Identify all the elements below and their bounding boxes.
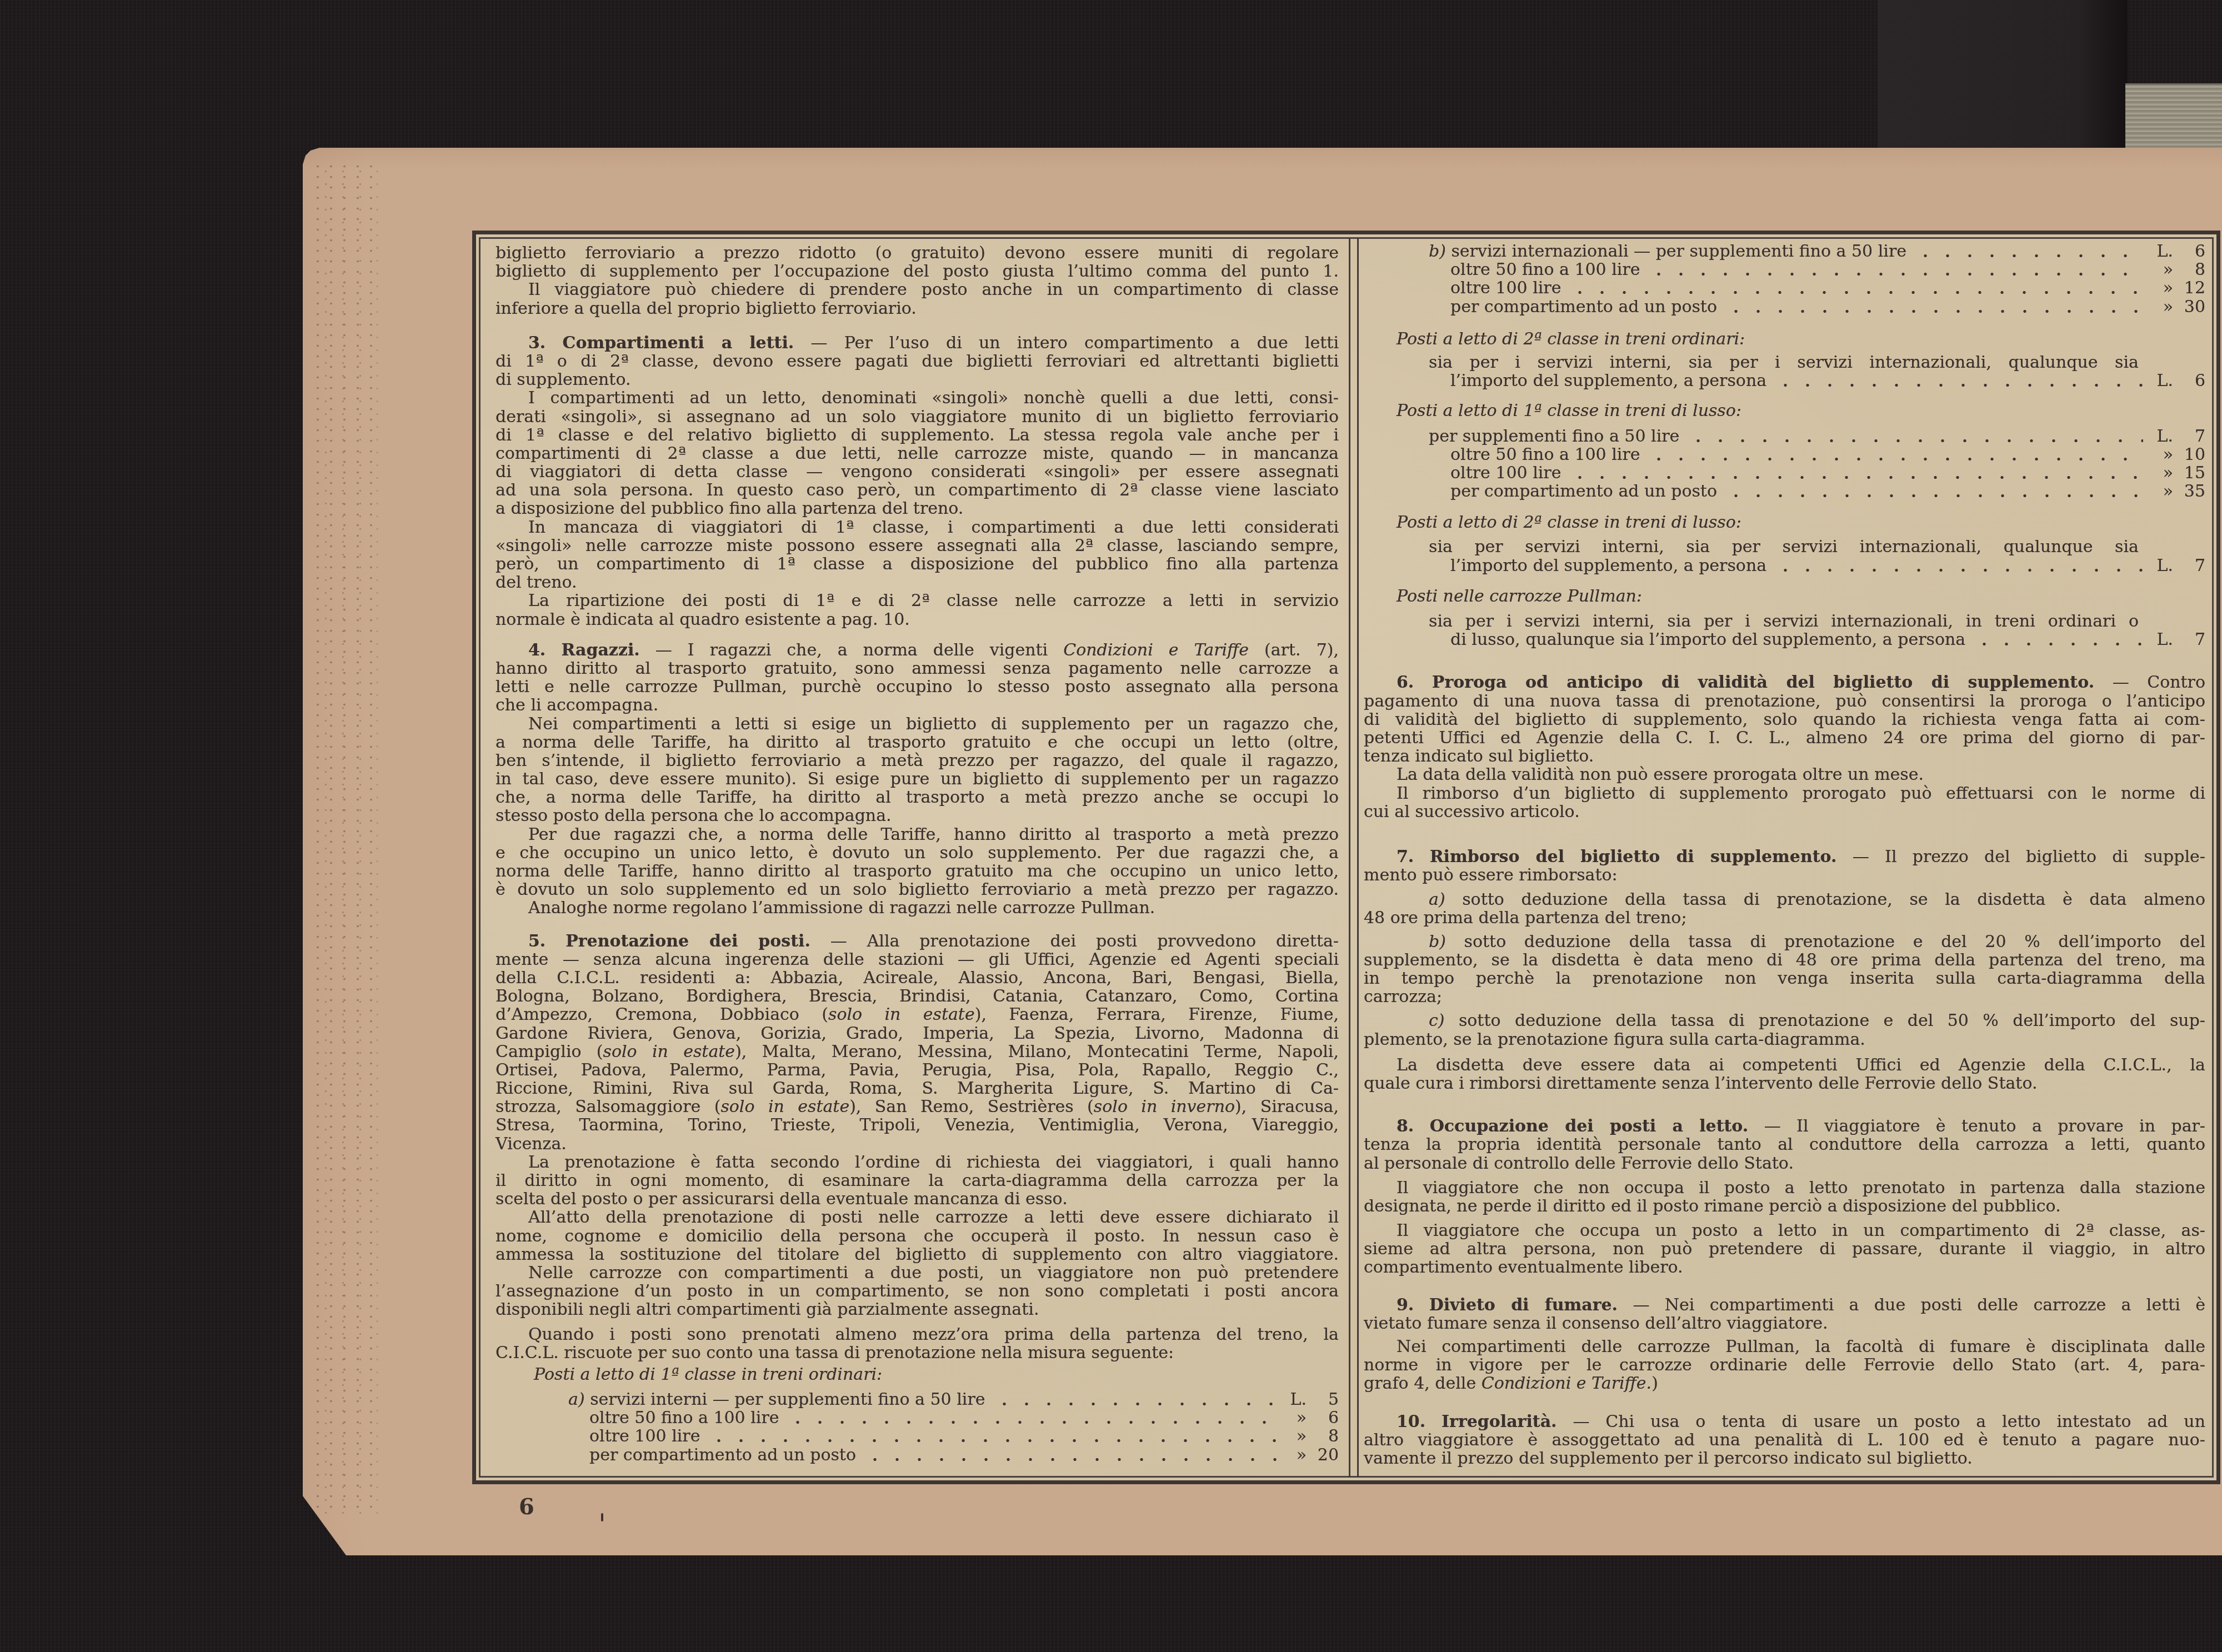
line-text: strozza, Salsomaggiore (: [496, 1097, 720, 1117]
text-line: C.I.C.L. riscuote per suo conto una tass…: [496, 1344, 1339, 1362]
text-line: Il viaggiatore che occupa un posto a let…: [1364, 1222, 2205, 1240]
text-line: di viaggiatori di detta classe — vengono…: [496, 463, 1339, 481]
fee-unit: »: [1281, 1446, 1307, 1464]
fee-unit: L.: [1281, 1390, 1307, 1409]
line-text: — Contro: [2094, 673, 2205, 692]
text-line: ammessa la sostituzione del titolare del…: [496, 1245, 1339, 1264]
text-line: grafo 4, delle Condizioni e Tariffe.): [1364, 1374, 2205, 1393]
fee-amount: 6: [2173, 372, 2205, 390]
text-line: La disdetta deve essere data ai competen…: [1364, 1056, 2205, 1074]
section-number: 8.: [1397, 1117, 1414, 1136]
leader-dots: [783, 1409, 1277, 1427]
text-line: Riccione, Rimini, Riva sul Garda, Roma, …: [496, 1079, 1339, 1098]
text-line: vietato fumare senza il consenso dell’al…: [1364, 1314, 2205, 1333]
fee-unit: L.: [2148, 630, 2173, 649]
book-page-edges: [2125, 83, 2222, 152]
fee-unit: L.: [2148, 242, 2173, 261]
fee-label: oltre 50 fino a 100 lire: [1450, 445, 1640, 464]
line-text: — Nei compartimenti a due posti delle ca…: [1618, 1295, 2205, 1315]
fee-table-2nd-class-luxury: Posti a letto di 2ª classe in treni di l…: [1364, 513, 2205, 575]
text-line: cui al successivo articolo.: [1364, 803, 2205, 821]
text-line: Campiglio (solo in estate), Malta, Meran…: [496, 1043, 1339, 1061]
text-line: compartimenti di 2ª classe a due letti, …: [496, 444, 1339, 463]
text-line: nome, cognome e domicilio della persona …: [496, 1227, 1339, 1245]
leader-dots: [860, 1446, 1277, 1464]
fee-label: oltre 50 fino a 100 lire: [1450, 261, 1640, 279]
line-text: sotto deduzione della tassa di prenotazi…: [1446, 932, 2205, 952]
section-heading-line: 9. Divieto di fumare. — Nei compartiment…: [1364, 1296, 2205, 1314]
section-heading-line: 6. Proroga od anticipo di validità del b…: [1364, 673, 2205, 692]
leader-dots: [1721, 298, 2143, 316]
fee-label: per compartimento ad un posto: [589, 1446, 856, 1464]
text-line: La prenotazione è fatta secondo l’ordine…: [496, 1153, 1339, 1172]
section-heading-line: 10. Irregolarità. — Chi usa o tenta di u…: [1364, 1413, 2205, 1431]
text-line: Nei compartimenti delle carrozze Pullman…: [1364, 1338, 2205, 1356]
fee-amount: 7: [2173, 427, 2205, 445]
section-6-proroga-od-anticipo: 6. Proroga od anticipo di validità del b…: [1364, 673, 2205, 821]
leader-dots: [1721, 482, 2143, 500]
text-line: vamente il prezzo del supplemento per il…: [1364, 1449, 2205, 1468]
fee-label: l’importo del supplemento, a persona: [1450, 372, 1766, 390]
text-line: Nei compartimenti a letti si esige un bi…: [496, 715, 1339, 733]
text-line: Ortisei, Padova, Palermo, Parma, Pavia, …: [496, 1061, 1339, 1079]
text-line: Il rimborso d’un biglietto di supplement…: [1364, 784, 2205, 803]
italic-note: solo in estate: [720, 1097, 849, 1117]
text-line: biglietto di supplemento per l’occupazio…: [496, 262, 1339, 281]
italic-note: solo in estate: [828, 1005, 975, 1024]
section-9-divieto-di-fumare: 9. Divieto di fumare. — Nei compartiment…: [1364, 1296, 2205, 1393]
fee-amount: 6: [1307, 1409, 1339, 1427]
fee-row: l’importo del supplemento, a personaL.6: [1364, 372, 2205, 390]
list-item-line: b) sotto deduzione della tassa di prenot…: [1364, 933, 2205, 951]
text-line: 48 ore prima della partenza del treno;: [1364, 909, 2205, 927]
text-line: Bologna, Bolzano, Bordighera, Brescia, B…: [496, 987, 1339, 1005]
fee-amount: 10: [2173, 445, 2205, 464]
fee-label-text: servizi interni — per supplementi fino a…: [590, 1390, 985, 1409]
line-text: ): [1652, 1374, 1658, 1393]
text-line: normale è indicata al quadro esistente a…: [496, 610, 1339, 629]
text-line: il diritto in ogni momento, di esaminare…: [496, 1172, 1339, 1190]
fee-row: per compartimento ad un posto»35: [1364, 482, 2205, 500]
fee-row: oltre 100 lire»15: [1364, 464, 2205, 482]
fee-unit: »: [2148, 261, 2173, 279]
text-line: a norma delle Tariffe, ha diritto al tra…: [496, 733, 1339, 752]
text-line: di supplemento.: [496, 371, 1339, 389]
fee-amount: 6: [2173, 242, 2205, 261]
fee-table-1st-class-ordinary: Posti a letto di 1ª classe in treni ordi…: [496, 1365, 1339, 1464]
fee-unit: »: [2148, 482, 2173, 500]
line-text: d’Ampezzo, Cremona, Dobbiaco (: [496, 1005, 828, 1024]
leader-dots: [1644, 261, 2143, 279]
section-title: Divieto di fumare.: [1429, 1295, 1618, 1315]
section-heading-line: 3. Compartimenti a letti. — Per l’uso di…: [496, 334, 1339, 352]
binding-margin-speckle: [311, 161, 378, 1516]
text-line: altro viaggiatore è assoggettato ad una …: [1364, 1431, 2205, 1449]
continued-paragraphs: biglietto ferroviario a prezzo ridotto (…: [496, 244, 1339, 318]
line-text: sotto deduzione della tassa di prenotazi…: [1445, 890, 2205, 909]
column-divider: [1357, 238, 1359, 1478]
text-line: è dovuto un solo supplemento ed un solo …: [496, 880, 1339, 899]
italic-note: solo in estate: [603, 1042, 735, 1062]
text-line: l’assegnazione d’un posto in un comparti…: [496, 1282, 1339, 1300]
fee-unit: L.: [2148, 372, 2173, 390]
section-title: Proroga od anticipo di validità del bigl…: [1432, 673, 2094, 692]
fee-row: oltre 100 lire»12: [1364, 279, 2205, 297]
fee-row: oltre 50 fino a 100 lire»6: [496, 1409, 1339, 1427]
section-heading-line: 8. Occupazione dei posti a letto. — Il v…: [1364, 1117, 2205, 1135]
fee-amount: 12: [2173, 279, 2205, 297]
fee-label: per compartimento ad un posto: [1450, 482, 1717, 500]
fee-amount: 8: [1307, 1427, 1339, 1445]
fee-table-heading: Posti a letto di 1ª classe in treni di l…: [1364, 402, 2205, 420]
fee-table-heading: Posti a letto di 1ª classe in treni ordi…: [496, 1365, 1339, 1384]
line-text: (art. 7),: [1249, 640, 1339, 660]
text-line: Nelle carrozze con compartimenti a due p…: [496, 1264, 1339, 1282]
fee-table-1st-class-ordinary-international: b) servizi internazionali — per suppleme…: [1364, 242, 2205, 316]
text-line: «singoli» nelle carrozze miste possono e…: [496, 537, 1339, 555]
section-number: 6.: [1397, 673, 1414, 692]
text-line: in tempo perchè la prenotazione non veng…: [1364, 969, 2205, 988]
fee-unit: »: [1281, 1409, 1307, 1427]
text-line: La ripartizione dei posti di 1ª e di 2ª …: [496, 592, 1339, 610]
line-text: — I ragazzi che, a norma delle vigenti: [640, 640, 1063, 660]
column-divider: [1349, 238, 1350, 1478]
text-line: derati «singoli», si assegnano ad un sol…: [496, 408, 1339, 426]
text-line: supplemento, se la disdetta è data meno …: [1364, 951, 2205, 969]
text-line: di validità del biglietto di supplemento…: [1364, 710, 2205, 729]
line-text: — Chi usa o tenta di usare un posto a le…: [1557, 1412, 2205, 1431]
list-marker: a): [1429, 890, 1445, 909]
text-line: del treno.: [496, 573, 1339, 592]
text-line: La data della validità non può essere pr…: [1364, 765, 2205, 784]
section-10-irregolarita: 10. Irregolarità. — Chi usa o tenta di u…: [1364, 1413, 2205, 1468]
text-line: di 1ª o di 2ª classe, devono essere paga…: [496, 352, 1339, 371]
line-text: grafo 4, delle: [1364, 1374, 1482, 1393]
line-text: — Il viaggiatore è tenuto a provare in p…: [1748, 1117, 2205, 1136]
fee-row: per compartimento ad un posto»20: [496, 1446, 1339, 1464]
fee-label: per compartimento ad un posto: [1450, 298, 1717, 316]
italic-reference: Condizioni e Tariffe.: [1482, 1374, 1652, 1393]
text-line: mento può essere rimborsato:: [1364, 866, 2205, 884]
text-line: a disposizione del pubblico fino alla pa…: [496, 499, 1339, 518]
text-line: di 1ª classe e del relativo biglietto di…: [496, 426, 1339, 444]
text-line: quale cura i rimborsi direttamente senza…: [1364, 1074, 2205, 1093]
fee-amount: 7: [2173, 630, 2205, 649]
section-number: 9.: [1397, 1295, 1414, 1315]
fee-unit: »: [2148, 279, 2173, 297]
leader-dots: [990, 1390, 1277, 1409]
text-line: pagamento di una nuova tassa di prenotaz…: [1364, 692, 2205, 710]
text-line: della C.I.C.L. residenti a: Abbazia, Aci…: [496, 969, 1339, 987]
section-8-occupazione-dei-posti: 8. Occupazione dei posti a letto. — Il v…: [1364, 1117, 2205, 1277]
text-line: Quando i posti sono prenotati almeno mez…: [496, 1325, 1339, 1344]
fee-unit: »: [2148, 445, 2173, 464]
fee-row: per compartimento ad un posto»30: [1364, 298, 2205, 316]
left-column: biglietto ferroviario a prezzo ridotto (…: [496, 244, 1339, 1464]
fee-label: oltre 100 lire: [1450, 279, 1561, 297]
fee-amount: 15: [2173, 464, 2205, 482]
text-line: mente — senza alcuna ingerenza delle sta…: [496, 950, 1339, 969]
text-line: designata, ne perde il diritto ed il pos…: [1364, 1197, 2205, 1215]
leader-dots: [1911, 242, 2143, 261]
text-line: tenza indicato sul biglietto.: [1364, 747, 2205, 765]
text-line: ben s’intende, il biglietto ferroviario …: [496, 752, 1339, 770]
fee-row: b) servizi internazionali — per suppleme…: [1364, 242, 2205, 261]
text-line: biglietto ferroviario a prezzo ridotto (…: [496, 244, 1339, 262]
fee-row: l’importo del supplemento, a personaL.7: [1364, 557, 2205, 575]
section-number: 7.: [1397, 847, 1414, 867]
leader-dots: [1970, 630, 2143, 649]
fee-unit: »: [1281, 1427, 1307, 1445]
text-line: strozza, Salsomaggiore (solo in estate),…: [496, 1098, 1339, 1116]
section-title: Compartimenti a letti.: [563, 333, 794, 353]
line-text: sotto deduzione della tassa di prenotazi…: [1445, 1011, 2205, 1030]
fee-row: oltre 100 lire»8: [496, 1427, 1339, 1445]
section-number: 5.: [528, 932, 546, 951]
text-line: Per due ragazzi che, a norma delle Tarif…: [496, 825, 1339, 844]
section-title: Occupazione dei posti a letto.: [1430, 1117, 1749, 1136]
line-text: ), Siracusa,: [1235, 1097, 1339, 1117]
leader-dots: [1565, 279, 2143, 297]
text-line: e che occupino un unico letto, è dovuto …: [496, 844, 1339, 862]
page-number: 6: [519, 1496, 534, 1518]
line-text: ), Malta, Merano, Messina, Milano, Monte…: [735, 1042, 1339, 1062]
italic-note: solo in inverno: [1094, 1097, 1235, 1117]
fee-unit: »: [2148, 464, 2173, 482]
fee-table-heading: Posti nelle carrozze Pullman:: [1364, 587, 2205, 605]
fee-table-1st-class-luxury: Posti a letto di 1ª classe in treni di l…: [1364, 402, 2205, 500]
fee-table-heading: Posti a letto di 2ª classe in treni ordi…: [1364, 330, 2205, 348]
text-line: tenza la propria identità personale tant…: [1364, 1135, 2205, 1154]
text-line: All’atto della prenotazione di posti nel…: [496, 1208, 1339, 1227]
fee-label: oltre 50 fino a 100 lire: [589, 1409, 779, 1427]
fee-note: sia per i servizi interni, sia per i ser…: [1364, 353, 2205, 372]
text-line: Stresa, Taormina, Torino, Trieste, Tripo…: [496, 1116, 1339, 1134]
text-line: Il viaggiatore che non occupa il posto a…: [1364, 1179, 2205, 1197]
right-column: b) servizi internazionali — per suppleme…: [1364, 242, 2205, 1468]
fee-label: oltre 100 lire: [589, 1427, 700, 1445]
section-4-ragazzi: 4. Ragazzi. — I ragazzi che, a norma del…: [496, 641, 1339, 918]
fee-label: a) servizi interni — per supplementi fin…: [568, 1390, 985, 1409]
text-line: al personale di controllo delle Ferrovie…: [1364, 1154, 2205, 1173]
text-line: Vicenza.: [496, 1135, 1339, 1153]
text-line: che li accompagna.: [496, 696, 1339, 714]
list-marker: b): [1429, 932, 1446, 952]
section-number: 3.: [528, 333, 546, 353]
list-marker: c): [1429, 1011, 1445, 1030]
text-line: hanno diritto al trasporto gratuito, son…: [496, 659, 1339, 678]
text-line: letti e nelle carrozze Pullman, purchè o…: [496, 678, 1339, 696]
line-text: — Per l’uso di un intero compartimento a…: [794, 333, 1339, 353]
fee-group-marker: b): [1429, 242, 1446, 261]
leader-dots: [1644, 445, 2143, 464]
text-line: d’Ampezzo, Cremona, Dobbiaco (solo in es…: [496, 1005, 1339, 1024]
line-text: — Alla prenotazione dei posti provvedono…: [810, 932, 1339, 951]
text-line: carrozza;: [1364, 988, 2205, 1006]
fee-label: di lusso, qualunque sia l’importo del su…: [1450, 630, 1965, 649]
fee-unit: »: [2148, 298, 2173, 316]
text-line: disponibili negli altri compartimenti gi…: [496, 1300, 1339, 1319]
fee-row: oltre 50 fino a 100 lire»8: [1364, 261, 2205, 279]
text-line: ad una sola persona. In questo caso però…: [496, 481, 1339, 499]
fee-unit: L.: [2148, 427, 2173, 445]
leader-dots: [1771, 372, 2143, 390]
section-5-prenotazione-dei-posti: 5. Prenotazione dei posti. — Alla prenot…: [496, 932, 1339, 1362]
leader-dots: [1684, 427, 2143, 445]
fee-amount: 20: [1307, 1446, 1339, 1464]
fee-row: per supplementi fino a 50 lireL.7: [1364, 427, 2205, 445]
fee-label: oltre 100 lire: [1450, 464, 1561, 482]
line-text: ), San Remo, Sestrières (: [849, 1097, 1094, 1117]
fee-amount: 7: [2173, 557, 2205, 575]
text-line: Gardone Riviera, Genova, Gorizia, Grado,…: [496, 1024, 1339, 1043]
fee-row: di lusso, qualunque sia l’importo del su…: [1364, 630, 2205, 649]
fee-amount: 8: [2173, 261, 2205, 279]
section-number: 10.: [1397, 1412, 1425, 1431]
text-line: compartimento eventualmente libero.: [1364, 1258, 2205, 1276]
text-line: però, un compartimento di 1ª classe a di…: [496, 555, 1339, 573]
fee-amount: 5: [1307, 1390, 1339, 1409]
fee-row: a) servizi interni — per supplementi fin…: [496, 1390, 1339, 1409]
section-heading-line: 4. Ragazzi. — I ragazzi che, a norma del…: [496, 641, 1339, 659]
dark-backdrop-panel: [1878, 0, 2128, 150]
list-item-line: c) sotto deduzione della tassa di prenot…: [1364, 1012, 2205, 1030]
text-line: Il viaggiatore può chiedere di prendere …: [496, 281, 1339, 299]
fee-label-text: servizi internazionali — per supplementi…: [1451, 242, 1906, 261]
fee-amount: 30: [2173, 298, 2205, 316]
fee-label: per supplementi fino a 50 lire: [1429, 427, 1679, 445]
fee-table-heading: Posti a letto di 2ª classe in treni di l…: [1364, 513, 2205, 532]
fee-table-pullman: Posti nelle carrozze Pullman: sia per i …: [1364, 587, 2205, 649]
leader-dots: [704, 1427, 1277, 1445]
line-text: Campiglio (: [496, 1042, 603, 1062]
section-number: 4.: [528, 640, 546, 660]
fee-label: l’importo del supplemento, a persona: [1450, 557, 1766, 575]
section-3-compartimenti-a-letti: 3. Compartimenti a letti. — Per l’uso di…: [496, 334, 1339, 629]
text-line: norma delle Tariffe, hanno diritto al tr…: [496, 862, 1339, 880]
line-text: — Il prezzo del biglietto di supple-: [1837, 847, 2205, 867]
text-line: I compartimenti ad un letto, denominati …: [496, 389, 1339, 407]
fee-group-marker: a): [568, 1390, 585, 1409]
fee-table-2nd-class-ordinary: Posti a letto di 2ª classe in treni ordi…: [1364, 330, 2205, 391]
section-title: Irregolarità.: [1442, 1412, 1557, 1431]
leader-dots: [1565, 464, 2143, 482]
text-line: Analoghe norme regolano l’ammissione di …: [496, 899, 1339, 917]
text-line: scelta del posto o per assicurarsi della…: [496, 1190, 1339, 1208]
section-7-rimborso: 7. Rimborso del biglietto di supplemento…: [1364, 848, 2205, 1093]
section-heading-line: 5. Prenotazione dei posti. — Alla prenot…: [496, 932, 1339, 950]
section-title: Rimborso del biglietto di supplemento.: [1430, 847, 1837, 867]
text-line: norme in vigore per le carrozze ordinari…: [1364, 1356, 2205, 1374]
section-title: Ragazzi.: [561, 640, 639, 660]
text-line: in tal caso, deve essere munito). Si esi…: [496, 770, 1339, 788]
fee-label: b) servizi internazionali — per suppleme…: [1429, 242, 1906, 261]
list-item-line: a) sotto deduzione della tassa di prenot…: [1364, 890, 2205, 909]
fee-row: oltre 50 fino a 100 lire»10: [1364, 445, 2205, 464]
text-line: petenti Uffici ed Agenzie della C. I. C.…: [1364, 729, 2205, 747]
text-line: plemento, se la prenotazione figura sull…: [1364, 1030, 2205, 1049]
section-heading-line: 7. Rimborso del biglietto di supplemento…: [1364, 848, 2205, 866]
italic-reference: Condizioni e Tariffe: [1063, 640, 1249, 660]
fee-note: sia per i servizi interni, sia per i ser…: [1364, 612, 2205, 630]
ink-mark: [601, 1513, 603, 1521]
fee-amount: 35: [2173, 482, 2205, 500]
fee-note: sia per servizi interni, sia per servizi…: [1364, 538, 2205, 556]
line-text: ), Faenza, Ferrara, Firenze, Fiume,: [975, 1005, 1339, 1024]
section-title: Prenotazione dei posti.: [565, 932, 810, 951]
fee-unit: L.: [2148, 557, 2173, 575]
leader-dots: [1771, 557, 2143, 575]
text-line: inferiore a quella del proprio biglietto…: [496, 299, 1339, 318]
text-line: In mancaza di viaggiatori di 1ª classe, …: [496, 518, 1339, 537]
text-line: stesso posto della persona che lo accomp…: [496, 807, 1339, 825]
text-line: sieme ad altra persona, non può pretende…: [1364, 1240, 2205, 1258]
text-line: che, a norma delle Tariffe, ha diritto a…: [496, 788, 1339, 807]
